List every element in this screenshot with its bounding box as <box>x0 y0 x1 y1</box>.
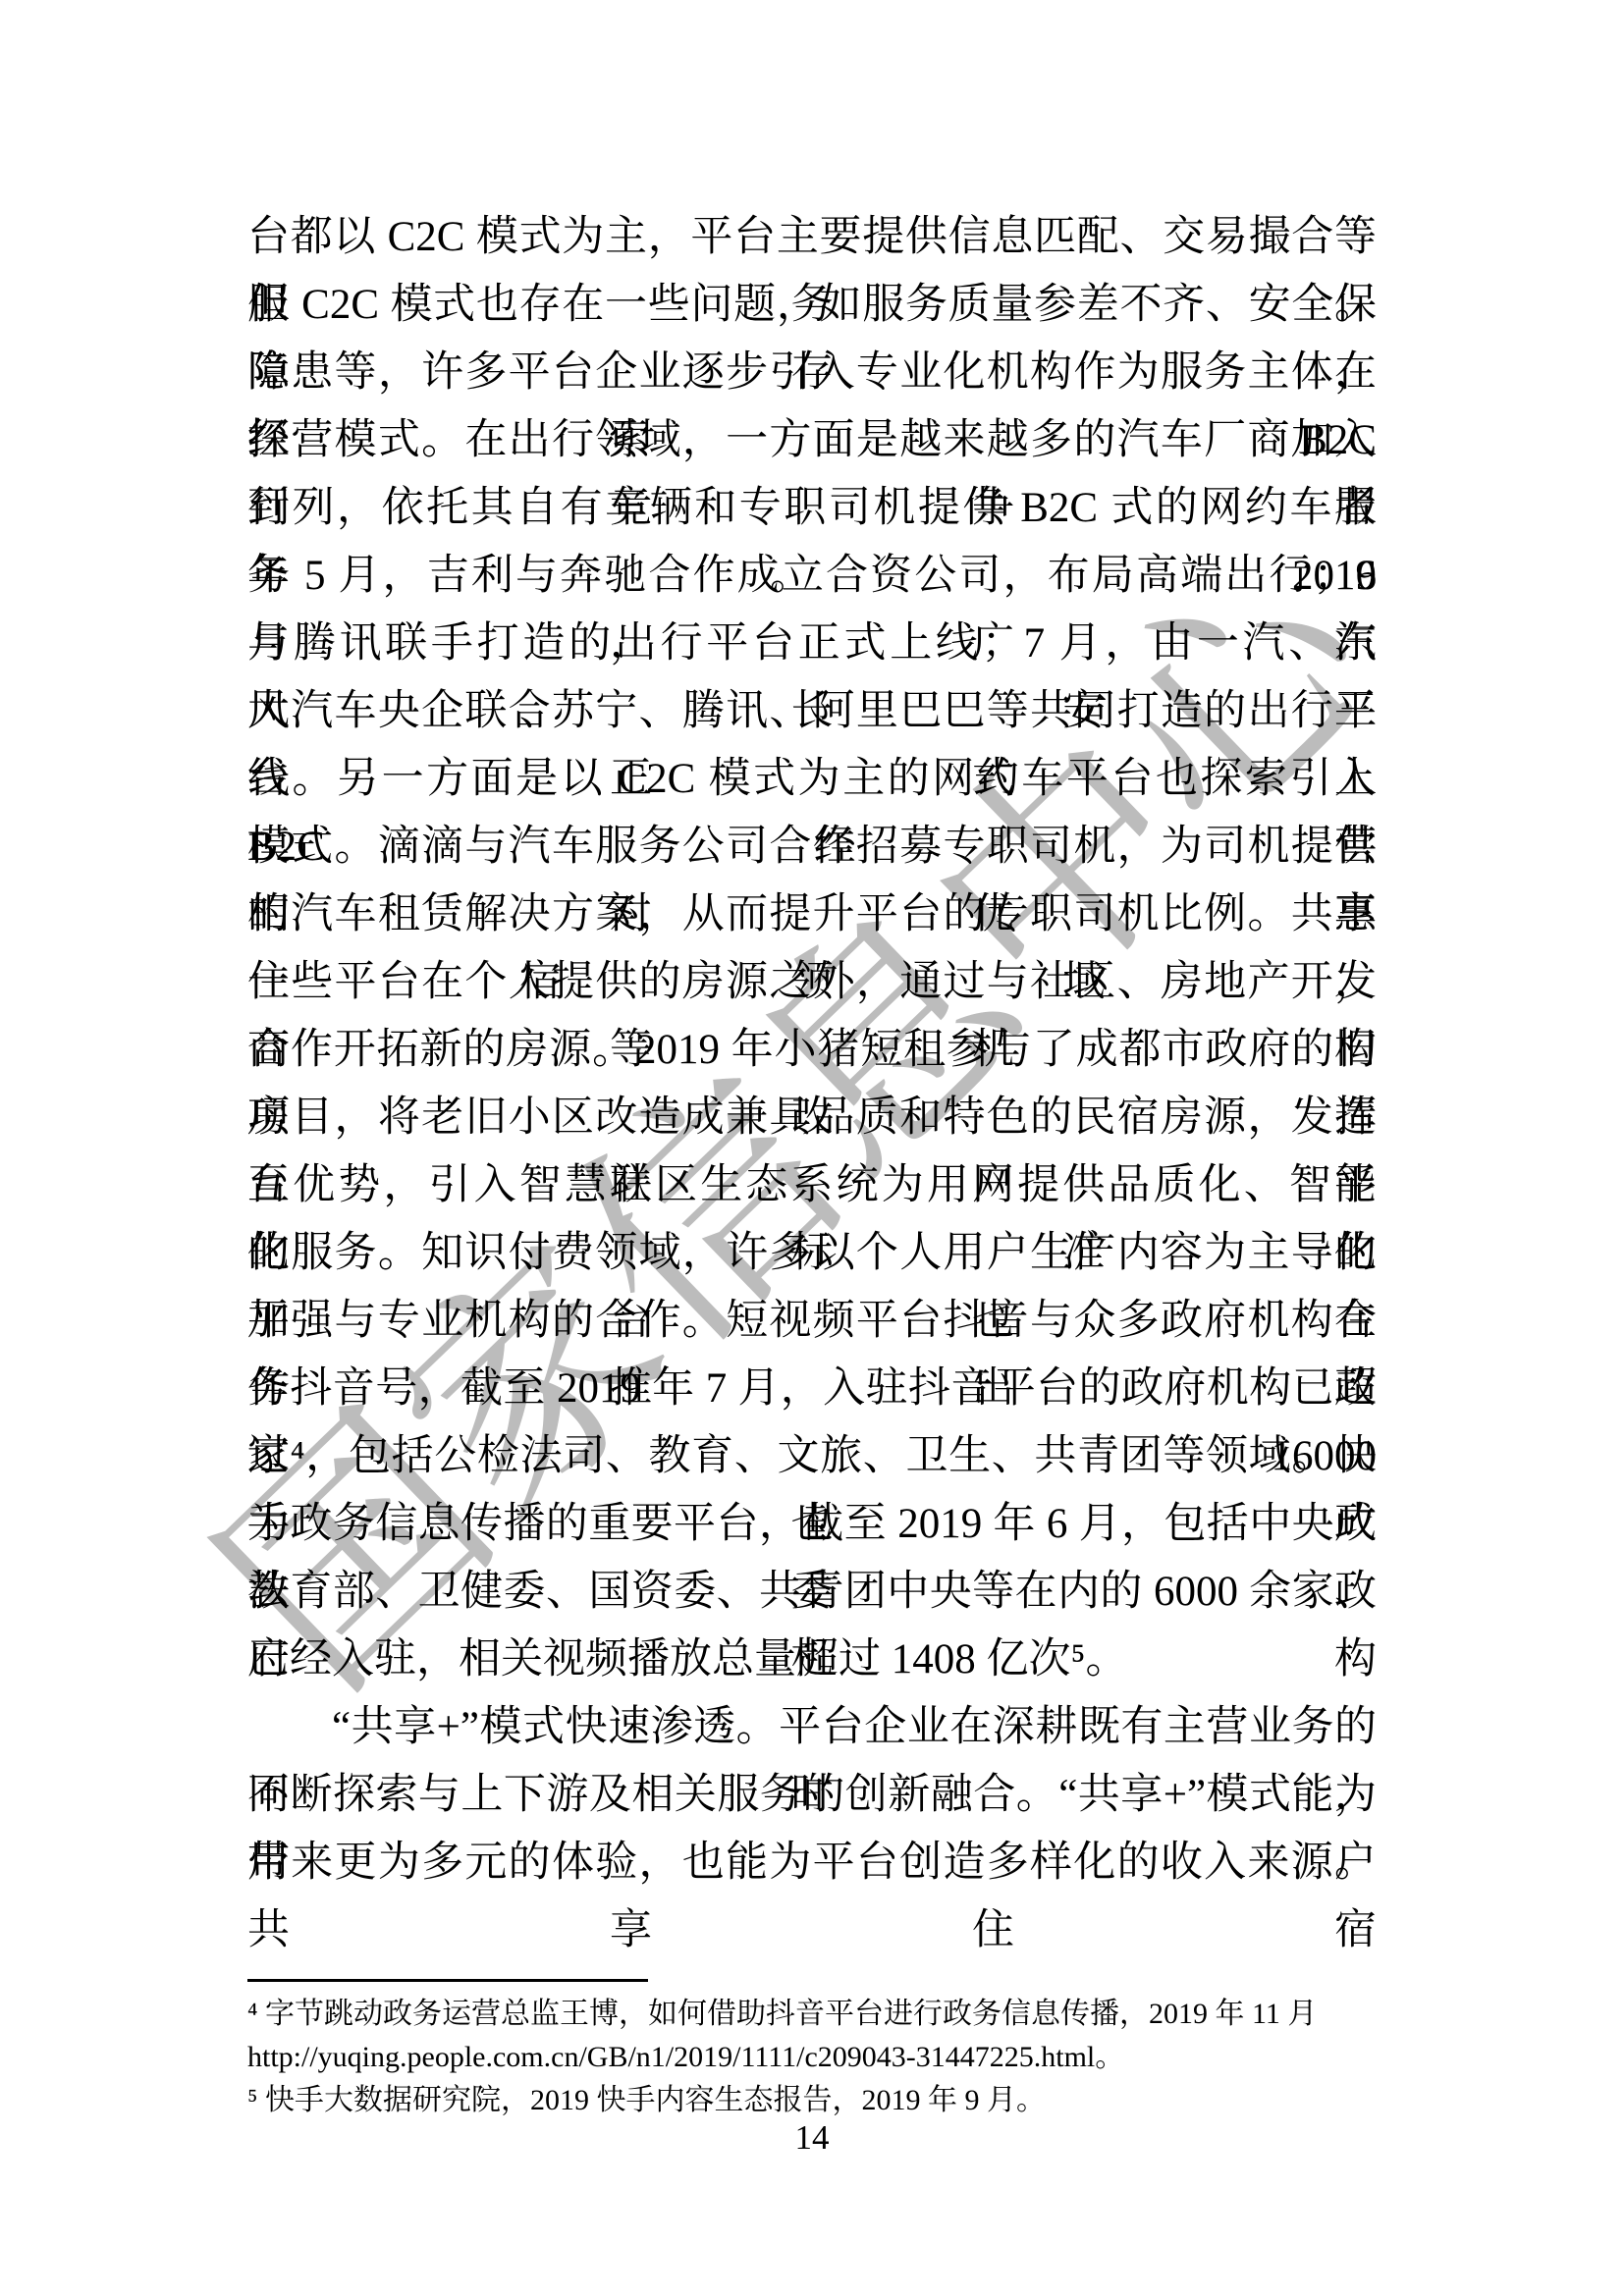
footnote-5-text: ⁵ 快手大数据研究院，2019 快手内容生态报告，2019 年 9 月。 <box>247 2079 1377 2122</box>
body-line: 台优势，引入智慧社区生态系统为用户提供品质化、智能化、标准化 <box>247 1151 1377 1219</box>
body-line: 年 5 月，吉利与奔驰合作成立合资公司，布局高端出行；6 月，广汽 <box>247 542 1377 610</box>
body-line: 模式。滴滴与汽车服务公司合作招募专职司机，为司机提供相对优惠 <box>247 813 1377 881</box>
body-line: 与腾讯联手打造的出行平台正式上线；7 月，由一汽、东风、长安三 <box>247 610 1377 677</box>
body-line: 经营模式。在出行领域，一方面是越来越多的汽车厂商加入到竞争者 <box>247 406 1377 474</box>
document-page: 国家信息中心 台都以 C2C 模式为主，平台主要提供信息匹配、交易撮合等服务。 … <box>0 0 1624 2296</box>
body-line: 的服务。知识付费领域，许多以个人用户生产内容为主导的平台也在 <box>247 1219 1377 1287</box>
body-line-paragraph-start: “共享+”模式快速渗透。平台企业在深耕既有主营业务的同时， <box>247 1693 1377 1761</box>
body-line: 带来更为多元的体验，也能为平台创造多样化的收入来源。共享住宿 <box>247 1829 1377 1896</box>
body-line: 教育部、卫健委、国资委、共青团中央等在内的 6000 余家政府机构 <box>247 1558 1377 1626</box>
body-line: 家⁴，包括公检法司、教育、文旅、卫生、共青团等领域。快手也成 <box>247 1422 1377 1490</box>
footnote-4-text: ⁴ 字节跳动政务运营总监王博，如何借助抖音平台进行政务信息传播，2019 年 1… <box>247 1993 1377 2036</box>
footnote-4-url: http://yuqing.people.com.cn/GB/n1/2019/1… <box>247 2036 1377 2079</box>
body-text-block: 台都以 C2C 模式为主，平台主要提供信息匹配、交易撮合等服务。 但 C2C 模… <box>247 203 1377 1896</box>
body-line: 线。另一方面是以 C2C 模式为主的网约车平台也探索引入 B2C 经营 <box>247 745 1377 813</box>
body-line: 大汽车央企联合苏宁、腾讯、阿里巴巴等共同打造的出行平台正式上 <box>247 677 1377 745</box>
body-line: 行列，依托其自有车辆和专职司机提供 B2C 式的网约车服务。2019 <box>247 474 1377 542</box>
body-line: 台都以 C2C 模式为主，平台主要提供信息匹配、交易撮合等服务。 <box>247 203 1377 271</box>
footnote-separator <box>247 1979 648 1982</box>
body-line: 的汽车租赁解决方案，从而提升平台的专职司机比例。共享住宿领域， <box>247 881 1377 948</box>
body-line: 一些平台在个人提供的房源之外，通过与社区、房地产开发商等机构 <box>247 948 1377 1016</box>
body-line: 隐患等，许多平台企业逐步引入专业化机构作为服务主体，探索 B2C <box>247 339 1377 406</box>
body-line: 加强与专业机构的合作。短视频平台抖音与众多政府机构合作推出政 <box>247 1287 1377 1355</box>
body-line: 不断探索与上下游及相关服务的创新融合。“共享+”模式能为用户 <box>247 1761 1377 1829</box>
body-line: 为政务信息传播的重要平台，截至 2019 年 6 月，包括中央政法委、 <box>247 1490 1377 1558</box>
body-line: 务抖音号，截至 2019 年 7 月，入驻抖音平台的政府机构已超过 16000 <box>247 1355 1377 1422</box>
page-number: 14 <box>0 2118 1624 2158</box>
body-line: 合作开拓新的房源。2019 年小猪短租参与了成都市政府的旧房改造 <box>247 1016 1377 1084</box>
footnotes-block: ⁴ 字节跳动政务运营总监王博，如何借助抖音平台进行政务信息传播，2019 年 1… <box>247 1993 1377 2122</box>
body-line: 项目，将老旧小区改造成兼具品质和特色的民宿房源，发挥互联网平 <box>247 1084 1377 1151</box>
body-line: 但 C2C 模式也存在一些问题，如服务质量参差不齐、安全保障存在 <box>247 271 1377 339</box>
